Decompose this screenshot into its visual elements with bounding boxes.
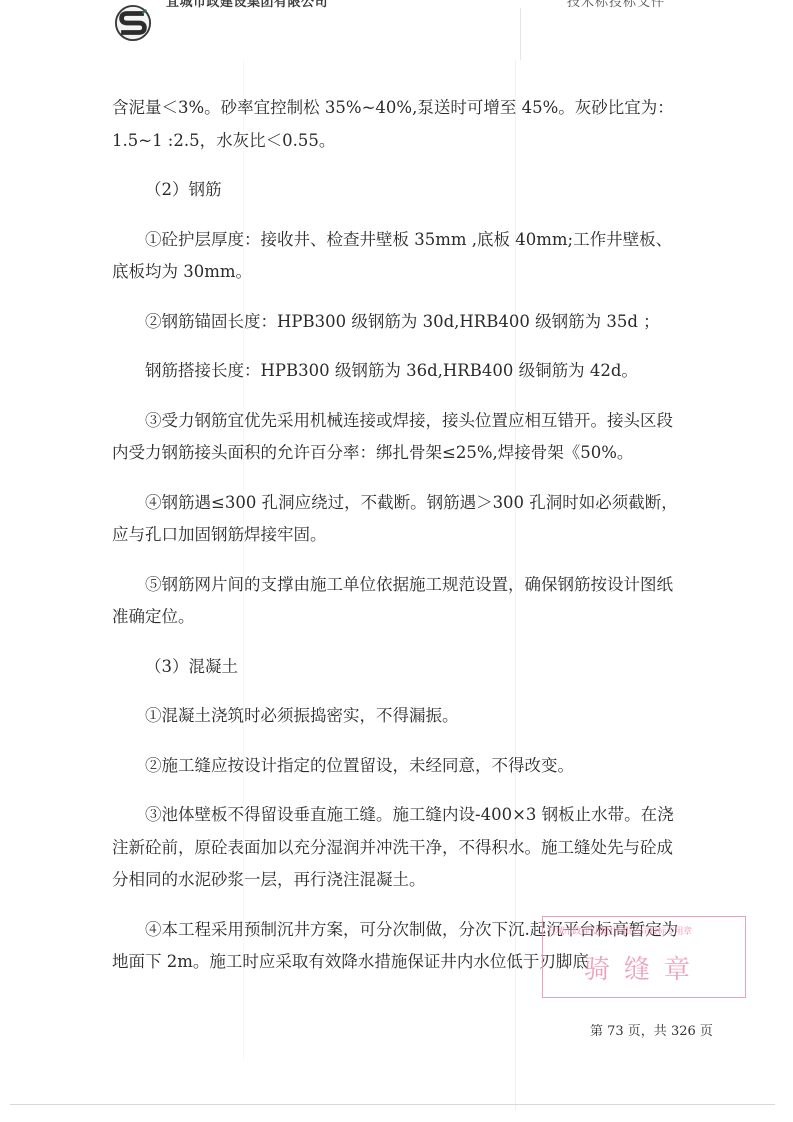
stamp-main-text: 骑缝章 [543,949,745,986]
seam-seal-stamp: 宜城市政建设集团有限公司投标专用章 骑缝章 [542,916,746,998]
paragraph: ③池体壁板不得留设垂直施工缝。施工缝内设-400×3 钢板止水带。在浇注新砼前，… [112,799,687,897]
paragraph: ①砼护层厚度：接收井、检查井壁板 35mm ,底板 40mm;工作井壁板、底板均… [112,224,687,289]
document-type: 技术标投标文件 [567,0,665,10]
header-divider [520,8,521,60]
company-logo-icon [114,4,152,42]
paragraph: ③受力钢筋宜优先采用机械连接或焊接，接头位置应相互错开。接头区段内受力钢筋接头面… [112,405,687,470]
page-header: 宜城市政建设集团有限公司 技术标投标文件 [0,0,793,50]
stamp-company-text: 宜城市政建设集团有限公司投标专用章 [547,921,741,943]
document-body: 含泥量＜3%。砂率宜控制松 35%~40%,泵送时可增至 45%。灰砂比宜为：1… [112,92,687,996]
section-heading-concrete: （3）混凝土 [112,651,687,684]
section-heading-rebar: （2）钢筋 [112,174,687,207]
paragraph: ④钢筋遇≤300 孔洞应绕过，不截断。钢筋遇＞300 孔洞时如必须截断，应与孔口… [112,487,687,552]
paragraph: 钢筋搭接长度：HPB300 级钢筋为 36d,HRB400 级铜筋为 42d。 [112,355,687,388]
company-name: 宜城市政建设集团有限公司 [166,0,328,10]
paragraph: ⑤钢筋网片间的支撑由施工单位依据施工规范设置，确保钢筋按设计图纸准确定位。 [112,569,687,634]
paragraph: ②施工缝应按设计指定的位置留设，未经同意，不得改变。 [112,750,687,783]
bottom-rule [10,1104,775,1105]
paragraph: ②钢筋锚固长度：HPB300 级钢筋为 30d,HRB400 级钢筋为 35d … [112,306,687,339]
paragraph: 含泥量＜3%。砂率宜控制松 35%~40%,泵送时可增至 45%。灰砂比宜为：1… [112,92,687,157]
page-number: 第 73 页，共 326 页 [590,1020,713,1039]
paragraph: ①混凝土浇筑时必须振捣密实，不得漏振。 [112,700,687,733]
